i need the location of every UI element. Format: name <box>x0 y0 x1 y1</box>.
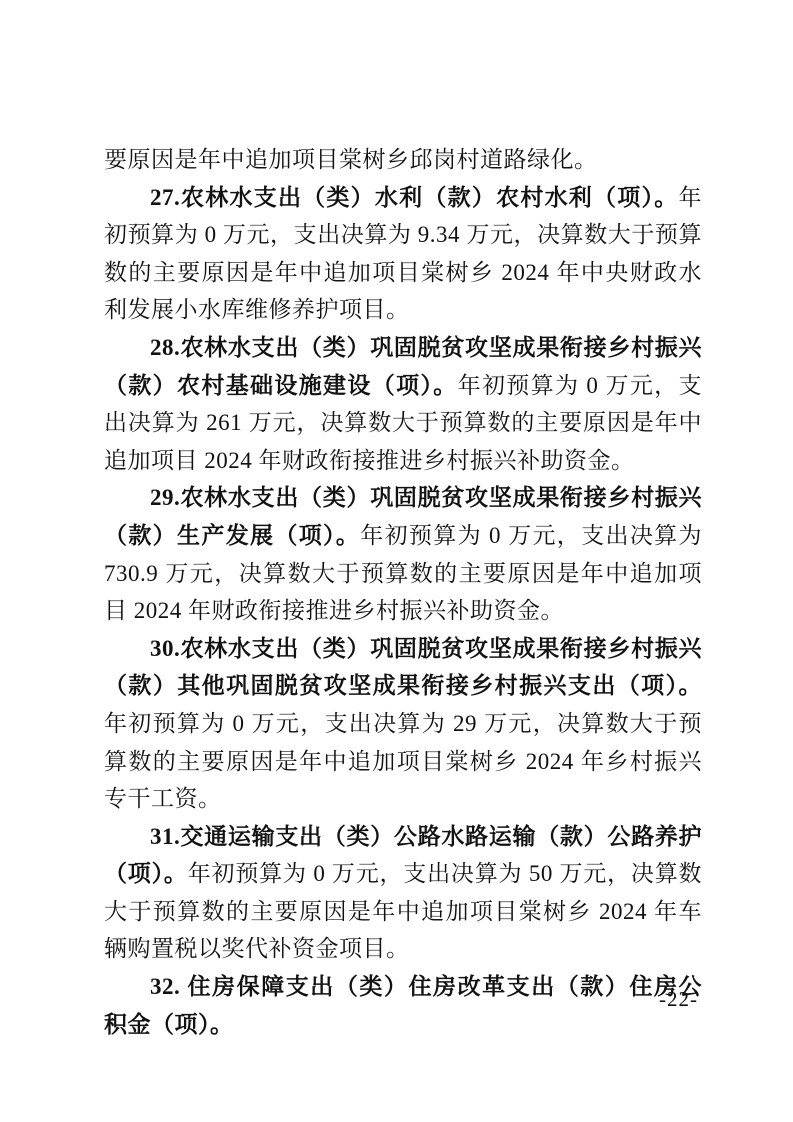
page-number: -22- <box>659 987 698 1012</box>
paragraph-item-29: 29.农林水支出（类）巩固脱贫攻坚成果衔接乡村振兴（款）生产发展（项）。年初预算… <box>104 479 702 629</box>
paragraph-item-30: 30.农林水支出（类）巩固脱贫攻坚成果衔接乡村振兴（款）其他巩固脱贫攻坚成果衔接… <box>104 630 702 818</box>
document-page: 要原因是年中追加项目棠树乡邱岗村道路绿化。 27.农林水支出（类）水利（款）农村… <box>0 0 793 1122</box>
paragraph-lead: 32. 住房保障支出（类）住房改革支出（款）住房公积金（项）。 <box>104 974 702 1037</box>
paragraph-item-27: 27.农林水支出（类）水利（款）农村水利（项）。年初预算为 0 万元，支出决算为… <box>104 179 702 329</box>
paragraph-item-28: 28.农林水支出（类）巩固脱贫攻坚成果衔接乡村振兴（款）农村基础设施建设（项）。… <box>104 329 702 479</box>
paragraph-item-31: 31.交通运输支出（类）公路水路运输（款）公路养护（项）。年初预算为 0 万元，… <box>104 818 702 968</box>
paragraph-continuation: 要原因是年中追加项目棠树乡邱岗村道路绿化。 <box>104 141 702 179</box>
paragraph-text: 要原因是年中追加项目棠树乡邱岗村道路绿化。 <box>104 147 598 172</box>
paragraph-lead: 30.农林水支出（类）巩固脱贫攻坚成果衔接乡村振兴（款）其他巩固脱贫攻坚成果衔接… <box>104 636 702 699</box>
paragraph-text: 年初预算为 0 万元，支出决算为 29 万元，决算数大于预算数的主要原因是年中追… <box>104 711 702 811</box>
paragraph-item-32: 32. 住房保障支出（类）住房改革支出（款）住房公积金（项）。 <box>104 968 702 1043</box>
paragraph-lead: 27.农林水支出（类）水利（款）农村水利（项）。 <box>150 185 679 210</box>
document-body: 要原因是年中追加项目棠树乡邱岗村道路绿化。 27.农林水支出（类）水利（款）农村… <box>104 141 702 1043</box>
paragraph-text: 年初预算为 0 万元，支出决算为 50 万元，决算数大于预算数的主要原因是年中追… <box>104 861 702 961</box>
